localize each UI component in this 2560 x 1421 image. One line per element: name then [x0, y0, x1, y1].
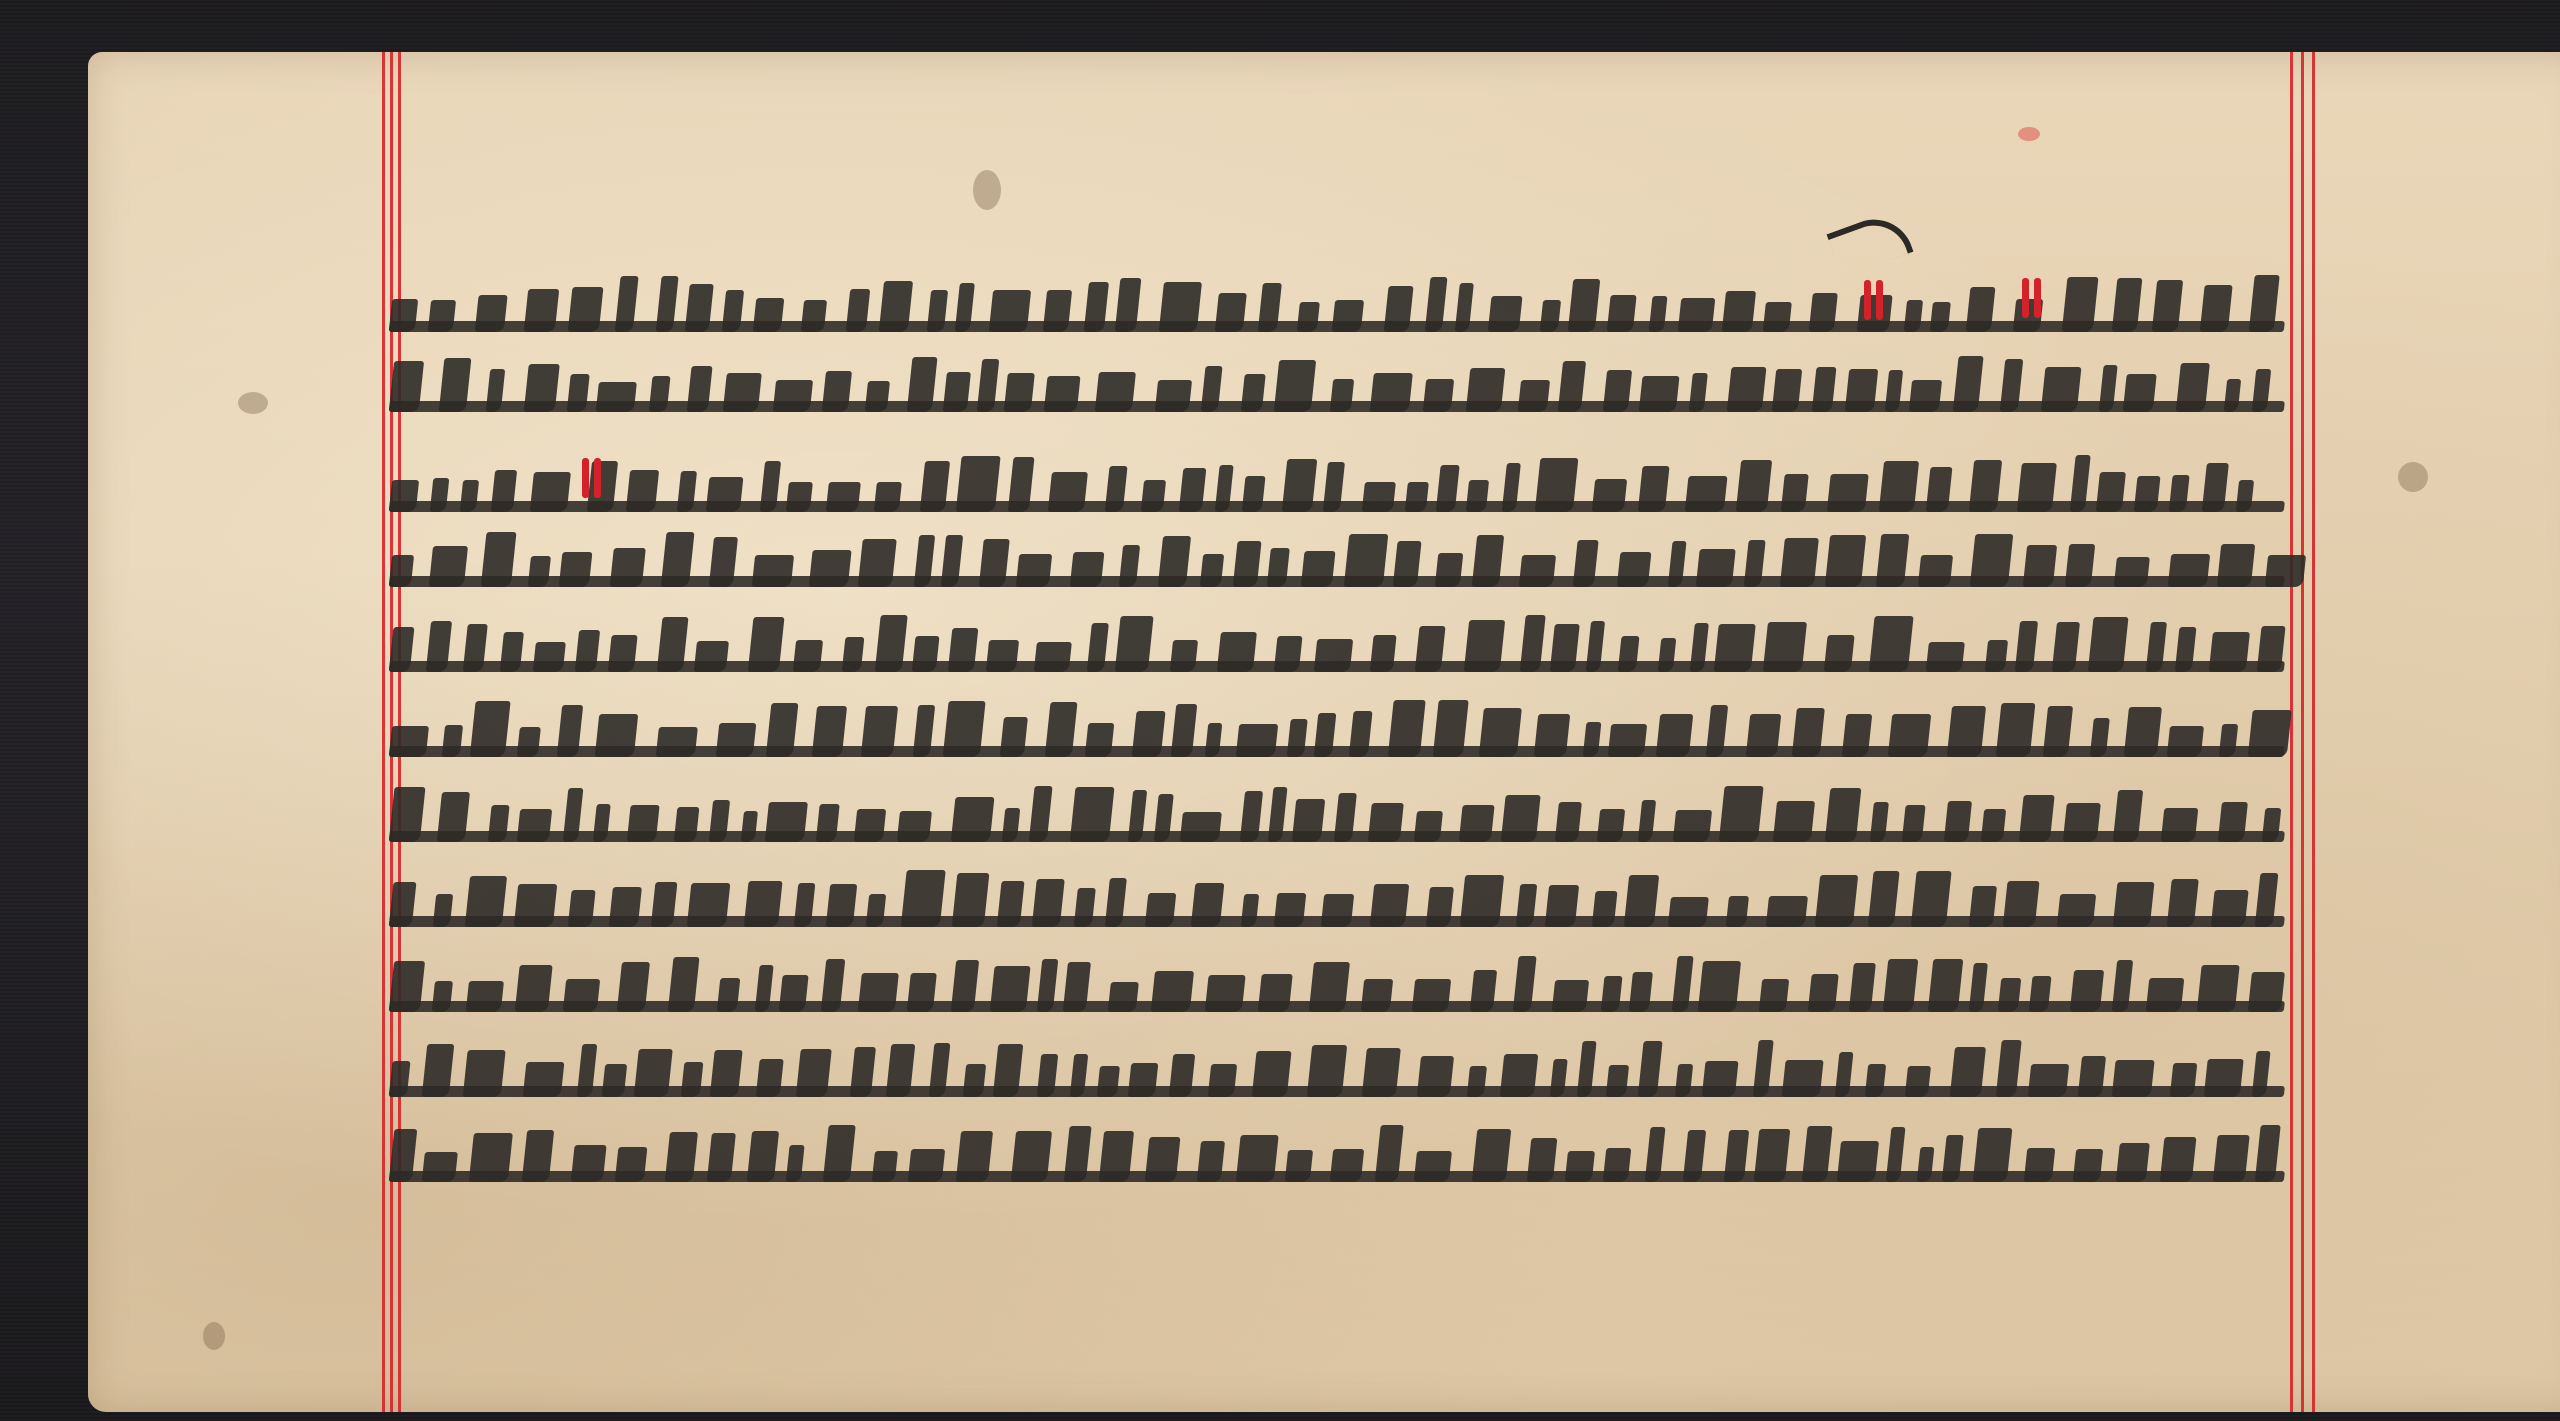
- red-double-danda: [2022, 278, 2029, 318]
- glyph-stroke: [990, 966, 1031, 1012]
- glyph-stroke: [1726, 896, 1749, 927]
- glyph-stroke: [563, 979, 600, 1012]
- glyph-stroke: [1488, 296, 1523, 332]
- glyph-stroke: [522, 1130, 554, 1182]
- glyph-stroke: [1944, 801, 1972, 842]
- glyph-stroke: [1460, 875, 1504, 927]
- glyph-stroke: [422, 1152, 458, 1182]
- glyph-stroke: [627, 805, 660, 842]
- glyph-stroke: [1197, 1141, 1225, 1182]
- glyph-stroke: [2211, 890, 2249, 927]
- glyph-stroke: [2078, 1056, 2106, 1097]
- glyph-stroke: [1426, 887, 1454, 927]
- glyph-stroke: [475, 295, 508, 332]
- glyph-stroke: [687, 883, 731, 927]
- glyph-stroke: [1608, 724, 1647, 757]
- glyph-stroke: [2062, 277, 2099, 332]
- glyph-stroke: [568, 287, 604, 332]
- glyph-stroke: [1673, 810, 1712, 842]
- glyph-stroke: [756, 1059, 784, 1097]
- glyph-stroke: [956, 456, 1001, 512]
- glyph-stroke: [1592, 891, 1618, 927]
- glyph-stroke: [530, 472, 571, 512]
- red-double-danda: [582, 458, 589, 498]
- glyph-stroke: [422, 1044, 455, 1097]
- glyph-stroke: [1472, 535, 1504, 587]
- glyph-stroke: [1466, 368, 1506, 412]
- glyph-stroke: [2065, 544, 2096, 587]
- glyph-stroke: [2257, 626, 2286, 672]
- paper-stain: [2398, 462, 2428, 492]
- glyph-stroke: [773, 380, 813, 412]
- glyph-stroke: [428, 300, 456, 332]
- glyph-stroke: [1685, 476, 1728, 512]
- manuscript-line: [389, 270, 2291, 332]
- glyph-stroke: [2041, 367, 2082, 412]
- glyph-stroke: [826, 482, 861, 512]
- glyph-stroke: [1763, 302, 1792, 332]
- red-double-danda: [1864, 280, 1871, 320]
- glyph-stroke: [1045, 702, 1078, 757]
- glyph-stroke: [1274, 636, 1303, 672]
- glyph-stroke: [766, 703, 799, 757]
- glyph-stroke: [1464, 620, 1505, 672]
- glyph-stroke: [1217, 632, 1257, 672]
- glyph-stroke: [2113, 882, 2155, 927]
- paper-stain: [238, 392, 268, 414]
- glyph-stroke: [1617, 552, 1652, 587]
- glyph-stroke: [587, 461, 618, 512]
- glyph-stroke: [1928, 959, 1964, 1012]
- glyph-stroke: [1500, 1054, 1539, 1097]
- glyph-stroke: [1678, 298, 1716, 332]
- glyph-stroke: [1837, 1141, 1879, 1182]
- manuscript-line: [389, 1035, 2291, 1097]
- glyph-stroke: [2057, 894, 2096, 927]
- glyph-stroke: [1099, 1131, 1134, 1182]
- glyph-stroke: [706, 477, 744, 512]
- glyph-stroke: [2063, 803, 2101, 842]
- glyph-stroke: [1301, 551, 1336, 587]
- glyph-stroke: [1388, 700, 1426, 757]
- glyph-stroke: [2204, 1059, 2244, 1097]
- glyph-stroke: [1344, 534, 1389, 587]
- glyph-stroke: [2003, 881, 2040, 927]
- glyph-stroke: [1258, 974, 1293, 1012]
- glyph-stroke: [826, 884, 858, 927]
- manuscript-line: [389, 1120, 2291, 1182]
- glyph-stroke: [2170, 1063, 2198, 1097]
- glyph-stroke: [1208, 1064, 1237, 1097]
- glyph-stroke: [874, 482, 902, 512]
- glyph-stroke: [634, 1049, 673, 1097]
- glyph-stroke: [2197, 965, 2240, 1012]
- glyph-stroke: [1624, 875, 1659, 927]
- glyph-stroke: [1070, 552, 1105, 587]
- glyph-stroke: [1550, 624, 1580, 672]
- glyph-stroke: [1032, 879, 1065, 927]
- glyph-stroke: [1926, 642, 1965, 672]
- glyph-stroke: [989, 290, 1031, 332]
- right-margin-rule: [2312, 52, 2315, 1412]
- glyph-stroke: [1412, 979, 1451, 1012]
- glyph-stroke: [1170, 640, 1198, 672]
- glyph-stroke: [801, 300, 827, 332]
- glyph-stroke: [1736, 460, 1772, 512]
- glyph-stroke: [1845, 369, 1879, 412]
- glyph-stroke: [912, 636, 940, 672]
- glyph-stroke: [1362, 482, 1396, 512]
- glyph-stroke: [1592, 479, 1627, 512]
- glyph-stroke: [1876, 534, 1910, 587]
- glyph-stroke: [524, 364, 560, 412]
- glyph-stroke: [1808, 974, 1839, 1012]
- glyph-stroke: [1309, 962, 1350, 1012]
- glyph-stroke: [463, 1050, 506, 1097]
- glyph-stroke: [674, 807, 700, 842]
- glyph-stroke: [2209, 632, 2250, 672]
- glyph-stroke: [2073, 1149, 2103, 1182]
- glyph-stroke: [1698, 961, 1741, 1012]
- glyph-stroke: [1656, 714, 1694, 757]
- glyph-stroke: [665, 1132, 698, 1182]
- glyph-stroke: [1759, 979, 1789, 1012]
- glyph-stroke: [1011, 1131, 1052, 1182]
- glyph-stroke: [1568, 279, 1601, 332]
- glyph-stroke: [861, 706, 898, 757]
- glyph-stroke: [491, 470, 517, 512]
- glyph-stroke: [2167, 879, 2199, 927]
- paper-stain: [203, 1322, 225, 1350]
- glyph-stroke: [1155, 380, 1192, 412]
- glyph-stroke: [1535, 458, 1579, 512]
- red-double-danda: [2034, 278, 2041, 318]
- glyph-stroke: [1128, 1063, 1159, 1097]
- glyph-stroke: [1158, 536, 1191, 587]
- glyph-stroke: [1384, 286, 1414, 332]
- glyph-stroke: [2248, 710, 2292, 757]
- manuscript-line: [389, 350, 2291, 412]
- glyph-stroke: [1034, 642, 1072, 672]
- glyph-stroke: [439, 358, 472, 412]
- glyph-stroke: [1370, 635, 1397, 672]
- glyph-stroke: [1969, 460, 2002, 512]
- glyph-stroke: [389, 480, 419, 512]
- manuscript-line: [389, 950, 2291, 1012]
- glyph-stroke: [1827, 474, 1869, 512]
- glyph-stroke: [765, 802, 808, 842]
- glyph-stroke: [437, 792, 470, 842]
- glyph-stroke: [429, 546, 468, 587]
- glyph-stroke: [897, 811, 932, 842]
- glyph-stroke: [747, 1131, 779, 1182]
- glyph-stroke: [1888, 714, 1932, 757]
- glyph-stroke: [533, 642, 566, 672]
- glyph-stroke: [2213, 1135, 2250, 1182]
- glyph-stroke: [1321, 894, 1354, 927]
- glyph-stroke: [1393, 541, 1422, 587]
- glyph-stroke: [710, 1050, 743, 1097]
- glyph-stroke: [1597, 809, 1625, 842]
- glyph-stroke: [1459, 805, 1495, 842]
- glyph-stroke: [1639, 376, 1680, 412]
- glyph-stroke: [517, 727, 541, 757]
- glyph-stroke: [2134, 476, 2161, 512]
- glyph-stroke: [602, 1064, 627, 1097]
- glyph-stroke: [2023, 545, 2057, 587]
- glyph-stroke: [1792, 708, 1825, 757]
- glyph-stroke: [793, 640, 823, 672]
- glyph-stroke: [2088, 617, 2129, 672]
- glyph-stroke: [515, 965, 553, 1012]
- glyph-stroke: [979, 539, 1010, 587]
- glyph-stroke: [809, 550, 852, 587]
- glyph-stroke: [2200, 285, 2233, 332]
- glyph-stroke: [1016, 554, 1052, 587]
- glyph-stroke: [1097, 1066, 1120, 1097]
- glyph-stroke: [1781, 474, 1809, 512]
- glyph-stroke: [1527, 1138, 1558, 1182]
- glyph-stroke: [596, 382, 637, 412]
- glyph-stroke: [1332, 300, 1364, 332]
- glyph-stroke: [1824, 635, 1855, 672]
- glyph-stroke: [2167, 726, 2204, 757]
- glyph-stroke: [1115, 616, 1154, 672]
- glyph-stroke: [1043, 290, 1072, 332]
- glyph-stroke: [610, 548, 646, 587]
- glyph-stroke: [1719, 786, 1764, 842]
- glyph-stroke: [1435, 553, 1464, 587]
- glyph-stroke: [1180, 812, 1222, 842]
- glyph-stroke: [524, 289, 560, 332]
- glyph-stroke: [2124, 707, 2162, 757]
- glyph-stroke: [1780, 538, 1819, 587]
- glyph-stroke: [1145, 1137, 1181, 1182]
- left-margin-rule: [382, 52, 385, 1412]
- glyph-stroke: [1472, 1129, 1512, 1182]
- glyph-stroke: [1722, 291, 1756, 332]
- glyph-stroke: [858, 539, 897, 587]
- glyph-stroke: [951, 797, 995, 842]
- glyph-stroke: [523, 1062, 565, 1097]
- glyph-stroke: [1368, 803, 1404, 842]
- glyph-stroke: [1070, 787, 1115, 842]
- glyph-stroke: [986, 640, 1019, 672]
- glyph-stroke: [615, 1147, 648, 1182]
- glyph-stroke: [1754, 1129, 1791, 1182]
- glyph-stroke: [1145, 893, 1177, 927]
- glyph-stroke: [2161, 808, 2199, 842]
- glyph-stroke: [2112, 1060, 2155, 1097]
- glyph-stroke: [389, 787, 426, 842]
- right-margin-rule: [2301, 52, 2304, 1412]
- glyph-stroke: [595, 714, 639, 757]
- glyph-stroke: [1479, 708, 1522, 757]
- glyph-stroke: [661, 532, 695, 587]
- glyph-stroke: [956, 1131, 993, 1182]
- glyph-stroke: [901, 870, 946, 927]
- glyph-stroke: [1044, 376, 1081, 412]
- glyph-stroke: [2176, 363, 2210, 412]
- glyph-stroke: [2168, 554, 2210, 587]
- glyph-stroke: [1307, 1045, 1347, 1097]
- glyph-stroke: [1782, 1060, 1824, 1097]
- glyph-stroke: [1918, 555, 1953, 587]
- glyph-stroke: [469, 1133, 513, 1182]
- glyph-stroke: [1702, 1061, 1739, 1097]
- glyph-stroke: [1236, 1135, 1279, 1182]
- glyph-stroke: [2028, 1064, 2069, 1097]
- glyph-stroke: [1809, 293, 1838, 332]
- glyph-stroke: [1423, 379, 1454, 412]
- glyph-stroke: [854, 809, 886, 842]
- glyph-stroke: [1607, 295, 1637, 332]
- glyph-stroke: [694, 641, 729, 672]
- glyph-stroke: [2160, 1137, 2197, 1182]
- glyph-stroke: [2070, 970, 2104, 1012]
- glyph-stroke: [2123, 374, 2157, 412]
- glyph-stroke: [879, 281, 913, 332]
- glyph-stroke: [1000, 717, 1028, 757]
- glyph-stroke: [1282, 459, 1318, 512]
- glyph-stroke: [752, 555, 794, 587]
- glyph-stroke: [466, 981, 504, 1012]
- glyph-stroke: [1285, 1150, 1313, 1182]
- glyph-stroke: [2152, 280, 2183, 332]
- glyph-stroke: [2017, 463, 2057, 512]
- glyph-stroke: [1552, 980, 1589, 1012]
- glyph-stroke: [1433, 700, 1469, 757]
- glyph-stroke: [723, 373, 762, 412]
- glyph-stroke: [568, 890, 596, 927]
- glyph-stroke: [779, 975, 809, 1012]
- glyph-stroke: [1973, 1128, 2013, 1182]
- glyph-stroke: [1470, 970, 1497, 1012]
- glyph-stroke: [1638, 466, 1670, 512]
- glyph-stroke: [1763, 622, 1807, 672]
- glyph-stroke: [2116, 1143, 2150, 1182]
- glyph-stroke: [389, 361, 424, 412]
- glyph-stroke: [1714, 624, 1756, 672]
- glyph-stroke: [2248, 972, 2285, 1012]
- glyph-stroke: [786, 482, 813, 512]
- paper-stain: [2018, 127, 2040, 141]
- glyph-stroke: [1970, 534, 2014, 587]
- manuscript-line: [389, 695, 2291, 757]
- glyph-stroke: [907, 973, 937, 1012]
- glyph-stroke: [1555, 802, 1582, 842]
- paper-stain: [973, 170, 1001, 210]
- manuscript-line: [389, 610, 2291, 672]
- glyph-stroke: [1004, 373, 1035, 412]
- glyph-stroke: [2096, 472, 2126, 512]
- glyph-stroke: [1314, 639, 1353, 672]
- glyph-stroke: [1696, 549, 1736, 587]
- glyph-stroke: [997, 881, 1025, 927]
- glyph-stroke: [744, 881, 783, 927]
- glyph-stroke: [1414, 811, 1443, 842]
- glyph-stroke: [617, 962, 650, 1012]
- glyph-stroke: [1370, 884, 1410, 927]
- glyph-stroke: [685, 284, 714, 332]
- glyph-stroke: [465, 876, 507, 927]
- glyph-stroke: [1179, 468, 1207, 512]
- glyph-stroke: [1947, 706, 1986, 757]
- glyph-stroke: [608, 635, 638, 672]
- glyph-stroke: [1996, 703, 2036, 757]
- glyph-stroke: [571, 1145, 607, 1182]
- glyph-stroke: [389, 555, 414, 587]
- glyph-stroke: [1233, 541, 1262, 587]
- glyph-stroke: [1292, 799, 1326, 842]
- glyph-stroke: [1132, 711, 1166, 757]
- glyph-stroke: [1159, 282, 1202, 332]
- glyph-stroke: [1869, 616, 1914, 672]
- glyph-stroke: [1415, 626, 1446, 672]
- glyph-stroke: [1519, 555, 1556, 587]
- glyph-stroke: [389, 726, 429, 757]
- glyph-stroke: [1252, 1051, 1292, 1097]
- glyph-stroke: [559, 552, 593, 587]
- glyph-stroke: [389, 882, 417, 927]
- glyph-stroke: [1565, 1151, 1595, 1182]
- glyph-stroke: [1414, 1151, 1452, 1182]
- glyph-stroke: [1534, 714, 1571, 757]
- glyph-stroke: [1773, 801, 1815, 842]
- glyph-stroke: [1772, 369, 1803, 412]
- glyph-stroke: [1200, 554, 1224, 587]
- glyph-stroke: [528, 556, 551, 587]
- glyph-stroke: [948, 628, 979, 672]
- glyph-stroke: [1815, 875, 1858, 927]
- manuscript-line: [389, 780, 2291, 842]
- glyph-stroke: [1842, 714, 1873, 757]
- glyph-stroke: [952, 873, 990, 927]
- glyph-stroke: [1205, 975, 1246, 1012]
- glyph-stroke: [1857, 295, 1893, 332]
- glyph-stroke: [1969, 886, 1997, 927]
- glyph-stroke: [943, 701, 986, 757]
- glyph-stroke: [1085, 723, 1115, 757]
- glyph-stroke: [517, 809, 552, 842]
- glyph-stroke: [1151, 971, 1194, 1012]
- glyph-stroke: [1879, 461, 1919, 512]
- glyph-stroke: [1361, 979, 1393, 1012]
- glyph-stroke: [1274, 893, 1307, 927]
- glyph-stroke: [748, 617, 785, 672]
- glyph-stroke: [2114, 557, 2150, 587]
- manuscript-line: [389, 865, 2291, 927]
- glyph-stroke: [1236, 724, 1278, 757]
- glyph-stroke: [1048, 472, 1088, 512]
- glyph-stroke: [1215, 293, 1247, 332]
- glyph-stroke: [1911, 871, 1952, 927]
- glyph-stroke: [1108, 982, 1139, 1012]
- glyph-stroke: [481, 532, 517, 587]
- glyph-stroke: [908, 1149, 945, 1182]
- glyph-stroke: [1766, 896, 1808, 927]
- glyph-stroke: [1746, 714, 1782, 757]
- glyph-stroke: [865, 381, 890, 412]
- glyph-stroke: [1370, 373, 1413, 412]
- glyph-stroke: [2217, 544, 2256, 587]
- glyph-stroke: [1981, 809, 2006, 842]
- glyph-stroke: [2019, 795, 2055, 842]
- glyph-stroke: [656, 727, 698, 757]
- glyph-stroke: [1417, 1056, 1454, 1097]
- glyph-stroke: [1603, 370, 1632, 412]
- right-margin-rule: [2290, 52, 2293, 1412]
